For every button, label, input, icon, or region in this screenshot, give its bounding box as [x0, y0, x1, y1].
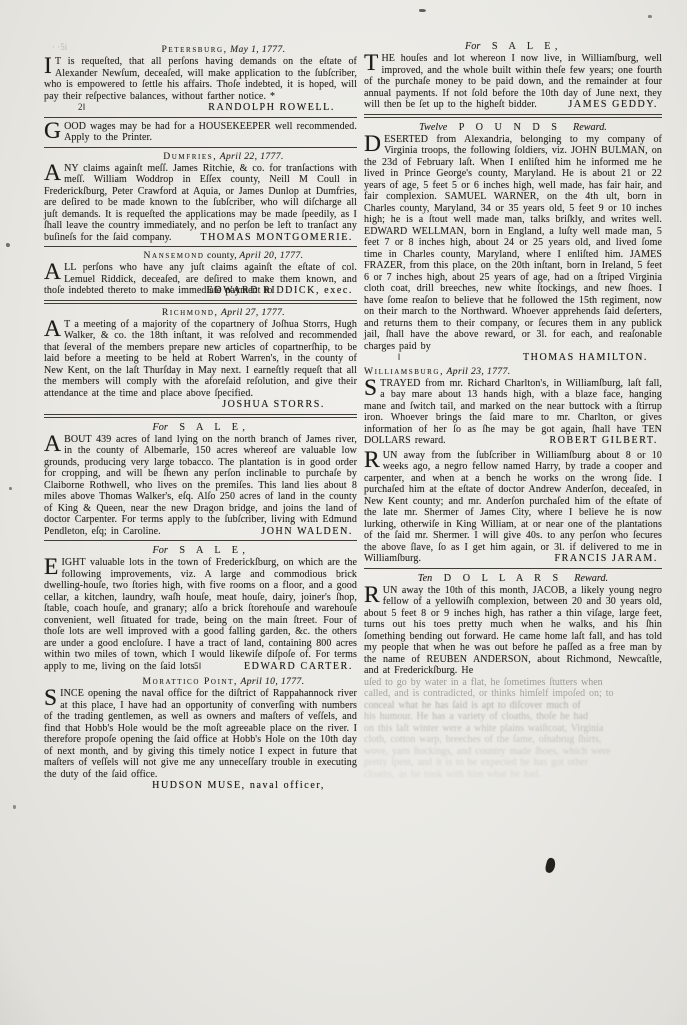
- faded-text-line: pretty ſpent, and it is to be expected h…: [364, 757, 662, 769]
- ink-speck: [419, 9, 426, 12]
- left-column: Petersburg, May 1, 1777. IT is requeſted…: [44, 44, 357, 794]
- ad-runaway-jacob: Ten D O L L A R S Reward. RUN away the 1…: [364, 572, 662, 781]
- ink-speck: [648, 15, 652, 18]
- ink-blot: [544, 857, 556, 874]
- ad-fredericksburg-lots-sale: For S A L E, EIGHT valuable lots in the …: [44, 544, 357, 672]
- signature: JAMES GEDDY.: [568, 99, 662, 111]
- signature: RANDOLPH ROWELL.: [208, 102, 339, 114]
- signature: HUDSON MUSE, naval officer,: [152, 780, 329, 792]
- signature-line: 2‖ RANDOLPH ROWELL.: [44, 102, 357, 114]
- signature: JOSHUA STORRS.: [222, 399, 329, 411]
- section-header: For S A L E,: [44, 421, 357, 434]
- signature: JOHN WALDEN.: [261, 526, 357, 538]
- dateline-date: April 10, 1777.: [240, 676, 304, 687]
- rule: [44, 147, 357, 148]
- ad-text: IGHT valuable lots in the town of Freder…: [44, 557, 357, 672]
- signature-mark: ‖: [398, 352, 401, 364]
- drop-cap: G: [44, 121, 64, 141]
- ad-text: T a meeting of a majority of the copartn…: [44, 319, 357, 399]
- dateline-plain: county,: [207, 250, 237, 261]
- header-italic: For: [153, 545, 168, 556]
- drop-cap: A: [44, 319, 64, 339]
- drop-cap: T: [364, 53, 381, 73]
- ad-albemarle-land-sale: For S A L E, ABOUT 439 acres of land lyi…: [44, 421, 357, 538]
- drop-cap: A: [44, 163, 64, 183]
- drop-cap: A: [44, 262, 64, 282]
- rule-double: [44, 414, 357, 418]
- newspaper-page: · ·5i Petersburg, May 1, 1777. IT is req…: [0, 0, 687, 1025]
- dateline-date: May 1, 1777.: [230, 44, 285, 55]
- dateline-date: April 20, 1777.: [239, 250, 303, 261]
- ad-body: ABOUT 439 acres of land lying on the nor…: [44, 434, 357, 538]
- faded-text-line: wove, yarn ſtockings, and country made ſ…: [364, 746, 662, 758]
- header-caps: S A L E,: [179, 422, 249, 433]
- drop-cap: S: [44, 688, 60, 708]
- ink-speck: [13, 805, 16, 809]
- header-italic: Twelve: [419, 122, 447, 133]
- ad-body: EIGHT valuable lots in the town of Frede…: [44, 557, 357, 672]
- rule: [44, 246, 357, 247]
- ink-speck: [9, 487, 12, 490]
- ad-body: GOOD wages may be had for a HOUSEKEEPER …: [44, 121, 357, 144]
- signature: EDWARD CARTER.: [244, 661, 357, 673]
- dateline-place: Dumfries,: [163, 151, 217, 162]
- dateline: Williamsburg, April 23, 1777.: [364, 366, 662, 378]
- ad-body: IT is requeſted, that all perſons having…: [44, 56, 357, 102]
- dateline-date: April 27, 1777.: [221, 307, 285, 318]
- rule: [364, 568, 662, 569]
- signature: THOMAS MONTGOMERIE.: [200, 232, 357, 244]
- ad-text: NY claims againſt meſſ. James Ritchie, &…: [44, 163, 357, 243]
- faded-text-line: uſed to go by water in a flat, he ſometi…: [364, 677, 662, 689]
- ad-strayed-mare: Williamsburg, April 23, 1777. STRAYED fr…: [364, 366, 662, 447]
- header-italic: Reward.: [573, 122, 607, 133]
- drop-cap: R: [364, 585, 383, 605]
- faded-text-line: his humour. He has a variety of cloaths,…: [364, 711, 662, 723]
- dateline: Petersburg, May 1, 1777.: [44, 44, 357, 56]
- ad-naval-office-notice: Morattico Point, April 10, 1777. SINCE o…: [44, 676, 357, 792]
- signature-line: JOSHUA STORRS.: [44, 399, 357, 411]
- rule: [44, 540, 357, 541]
- dateline: Morattico Point, April 10, 1777.: [44, 676, 357, 688]
- ad-body: RUN away from the ſubſcriber in Williamſ…: [364, 450, 662, 565]
- signature: FRANCIS JARAM.: [554, 553, 662, 565]
- faded-text-line: called, and is contradicted, or thinks h…: [364, 688, 662, 700]
- header-italic: For: [465, 41, 480, 52]
- ad-ritchie-claims: Dumfries, April 22, 1777. ANY claims aga…: [44, 151, 357, 244]
- dateline-place: Morattico Point,: [142, 676, 238, 687]
- section-header: Twelve P O U N D S Reward.: [364, 121, 662, 134]
- dateline: Richmond, April 27, 1777.: [44, 307, 357, 319]
- ad-storrs-copartnery: Richmond, April 27, 1777. AT a meeting o…: [44, 307, 357, 411]
- ad-runaway-harry: RUN away from the ſubſcriber in Williamſ…: [364, 450, 662, 565]
- drop-cap: E: [44, 557, 61, 577]
- right-column: For S A L E, THE houſes and lot whereon …: [364, 40, 662, 782]
- header-italic: Reward.: [574, 573, 608, 584]
- signature: EDWARD RIDDICK, exec.: [207, 285, 357, 297]
- header-italic: For: [153, 422, 168, 433]
- section-header: For S A L E,: [44, 544, 357, 557]
- ink-speck: [6, 243, 10, 247]
- ad-text: INCE opening the naval office for the di…: [44, 688, 357, 780]
- ad-geddy-house-sale: For S A L E, THE houſes and lot whereon …: [364, 40, 662, 111]
- section-header: For S A L E,: [364, 40, 662, 53]
- faded-text-line: conceal what he has ſaid is apt to diſco…: [364, 700, 662, 712]
- dateline-place: Nansemond: [144, 250, 205, 261]
- drop-cap: D: [364, 134, 384, 154]
- ad-text: BOUT 439 acres of land lying on the nort…: [44, 434, 357, 537]
- ad-text: T is requeſted, that all perſons having …: [44, 56, 357, 102]
- ad-housekeeper-wanted: GOOD wages may be had for a HOUSEKEEPER …: [44, 121, 357, 144]
- drop-cap: R: [364, 450, 383, 470]
- ad-estate-newsum: Petersburg, May 1, 1777. IT is requeſted…: [44, 44, 357, 114]
- ad-text: UN away the 10th of this month, JACOB, a…: [364, 585, 662, 677]
- dateline-place: Williamsburg,: [364, 366, 444, 377]
- dateline-place: Petersburg,: [161, 44, 227, 55]
- rule-double: [364, 114, 662, 118]
- dateline-date: April 23, 1777.: [447, 366, 511, 377]
- ad-text: ESERTED from Alexandria, belonging to my…: [364, 134, 662, 352]
- faded-text-line: on this laſt winter were a white plains …: [364, 723, 662, 735]
- dateline: Nansemond county, April 20, 1777.: [44, 250, 357, 262]
- ad-body: AT a meeting of a majority of the copart…: [44, 319, 357, 400]
- ad-text: UN away from the ſubſcriber in Williamſb…: [364, 450, 662, 565]
- drop-cap: A: [44, 434, 64, 454]
- signature-mark: 5‖: [194, 661, 201, 673]
- faded-text-line: cloth, cotton warp, breeches of the ſame…: [364, 734, 662, 746]
- dateline-place: Richmond,: [162, 307, 219, 318]
- rule-double: [44, 300, 357, 304]
- dateline-date: April 22, 1777.: [220, 151, 284, 162]
- rule: [44, 117, 357, 118]
- header-caps: D O L L A R S: [444, 573, 563, 584]
- signature: ROBERT GILBERT.: [549, 435, 662, 447]
- header-caps: S A L E,: [179, 545, 249, 556]
- drop-cap: S: [364, 378, 380, 398]
- dateline: Dumfries, April 22, 1777.: [44, 151, 357, 163]
- ad-text: OOD wages may be had for a HOUSEKEEPER w…: [64, 121, 357, 144]
- signature-line: ‖ THOMAS HAMILTON.: [364, 352, 662, 364]
- section-header: Ten D O L L A R S Reward.: [364, 572, 662, 585]
- ad-riddick-estate: Nansemond county, April 20, 1777. ALL pe…: [44, 250, 357, 297]
- signature-line: HUDSON MUSE, naval officer,: [44, 780, 357, 792]
- ad-body: RUN away the 10th of this month, JACOB, …: [364, 585, 662, 677]
- header-italic: Ten: [418, 573, 432, 584]
- ad-deserters-reward: Twelve P O U N D S Reward. DESERTED from…: [364, 121, 662, 364]
- drop-cap: I: [44, 56, 55, 76]
- faded-text-line: cloaths, as he took with him what he had…: [364, 769, 662, 781]
- header-caps: P O U N D S: [459, 122, 562, 133]
- ad-body: SINCE opening the naval office for the d…: [44, 688, 357, 780]
- signature-mark: 2‖: [78, 102, 85, 114]
- ad-body: DESERTED from Alexandria, belonging to m…: [364, 134, 662, 353]
- header-caps: S A L E,: [492, 41, 562, 52]
- signature: THOMAS HAMILTON.: [523, 352, 652, 364]
